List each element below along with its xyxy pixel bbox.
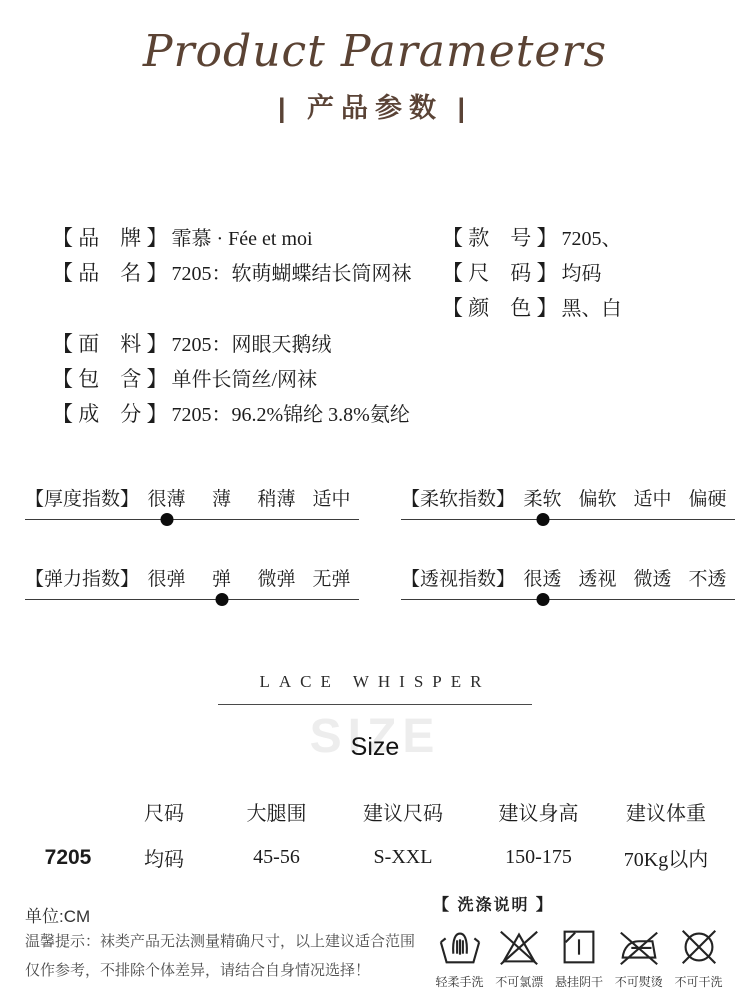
drip-dry-icon (556, 925, 602, 969)
washing-item: 轻柔手洗 (433, 925, 486, 990)
unit-note: 单位:CM (25, 902, 433, 927)
index-option: 不透 (680, 564, 735, 591)
washing-item: 不可氯漂 (493, 925, 546, 990)
lace-whisper-heading: LACE WHISPER (218, 672, 533, 705)
lace-whisper-heading-wrap: LACE WHISPER (0, 672, 750, 705)
page-title: Product Parameters (0, 26, 750, 78)
index-selected-dot (536, 513, 549, 526)
index-option: 稍薄 (249, 484, 304, 511)
index-elasticity: 【弹力指数】 很弹 弹 微弹 无弹 (25, 564, 359, 600)
index-option: 微弹 (249, 564, 304, 591)
page-subtitle: | 产品参数 | (0, 86, 750, 125)
washing-title: 【 洗涤说明 】 (433, 892, 725, 915)
table-header-cell: 尺码 (111, 797, 217, 826)
size-heading-wrap: SIZE Size (0, 709, 750, 781)
bottom-section: 单位:CM 温馨提示：袜类产品无法测量精确尺寸，以上建议适合范围 仅作参考，不排… (25, 892, 725, 990)
no-bleach-icon (496, 925, 542, 969)
info-row-composition: 【 成 分 】 7205：96.2%锦纶 3.8%氨纶 (52, 395, 442, 430)
index-transparency: 【透视指数】 很透 透视 微透 不透 (401, 564, 735, 600)
table-cell: 45-56 (217, 846, 336, 869)
composition-label: 【 成 分 】 (52, 398, 168, 428)
index-thickness: 【厚度指数】 很薄 薄 稍薄 适中 (25, 484, 359, 520)
washing-item-label: 悬挂阴干 (553, 973, 606, 990)
style-number-label: 【 款 号 】 (442, 222, 558, 252)
size-heading: Size (0, 733, 750, 762)
product-name-value: 7205：软萌蝴蝶结长筒网袜 (172, 257, 412, 286)
brand-value: 霏慕 · Fée et moi (172, 222, 313, 251)
no-dry-clean-icon (676, 925, 722, 969)
color-value: 黑、白 (562, 292, 622, 321)
table-cell: S-XXL (336, 846, 470, 869)
product-info: 【 品 牌 】 霏慕 · Fée et moi 【 品 名 】 7205：软萌蝴… (0, 219, 750, 430)
washing-item-label: 轻柔手洗 (433, 973, 486, 990)
table-header-cell: 建议体重 (607, 797, 725, 826)
hand-wash-icon (437, 925, 483, 969)
washing-item: 不可干洗 (672, 925, 725, 990)
softness-index-label: 【柔软指数】 (401, 484, 515, 511)
index-option: 弹 (194, 564, 249, 591)
table-header-cell: 建议身高 (470, 797, 607, 826)
notes-block: 单位:CM 温馨提示：袜类产品无法测量精确尺寸，以上建议适合范围 仅作参考，不排… (25, 892, 433, 985)
thickness-options: 很薄 薄 稍薄 适中 (139, 484, 359, 511)
index-selected-dot (215, 593, 228, 606)
elasticity-index-label: 【弹力指数】 (25, 564, 139, 591)
index-scale-line (25, 599, 359, 600)
table-cell-style-number: 7205 (25, 846, 111, 870)
info-row-size: 【 尺 码 】 均码 (442, 254, 740, 289)
table-header-cell: 大腿围 (217, 797, 336, 826)
fabric-label: 【 面 料 】 (52, 328, 168, 358)
index-softness: 【柔软指数】 柔软 偏软 适中 偏硬 (401, 484, 735, 520)
contents-value: 单件长筒丝/网袜 (172, 363, 318, 392)
fabric-value: 7205：网眼天鹅绒 (172, 328, 332, 357)
index-option: 偏软 (570, 484, 625, 511)
index-scale-line (401, 519, 735, 520)
index-option: 适中 (304, 484, 359, 511)
info-row-product-name: 【 品 名 】 7205：软萌蝴蝶结长筒网袜 (52, 254, 442, 289)
product-info-left-column: 【 品 牌 】 霏慕 · Fée et moi 【 品 名 】 7205：软萌蝴… (52, 219, 442, 430)
index-option: 无弹 (304, 564, 359, 591)
index-option: 柔软 (515, 484, 570, 511)
table-header-cell: 建议尺码 (336, 797, 470, 826)
index-option: 很透 (515, 564, 570, 591)
index-scales: 【厚度指数】 很薄 薄 稍薄 适中 【柔软指数】 柔软 偏软 适中 偏硬 (0, 484, 750, 644)
washing-item-label: 不可熨烫 (612, 973, 665, 990)
washing-instructions: 【 洗涤说明 】 轻柔手洗 (433, 892, 725, 990)
table-cell: 70Kg以内 (607, 843, 725, 872)
index-scale-line (25, 519, 359, 520)
color-label: 【 颜 色 】 (442, 292, 558, 322)
index-selected-dot (160, 513, 173, 526)
product-info-right-column: 【 款 号 】 7205、 【 尺 码 】 均码 【 颜 色 】 黑、白 (442, 219, 740, 430)
tip-line-2: 仅作参考，不排除个体差异，请结合自身情况选择！ (25, 956, 433, 985)
index-option: 很薄 (139, 484, 194, 511)
washing-items: 轻柔手洗 不可氯漂 悬挂阴干 (433, 925, 725, 990)
elasticity-options: 很弹 弹 微弹 无弹 (139, 564, 359, 591)
transparency-options: 很透 透视 微透 不透 (515, 564, 735, 591)
index-option: 透视 (570, 564, 625, 591)
composition-value: 7205：96.2%锦纶 3.8%氨纶 (172, 398, 410, 427)
index-option: 微透 (625, 564, 680, 591)
size-table: 尺码 大腿围 建议尺码 建议身高 建议体重 7205 均码 45-56 S-XX… (25, 797, 725, 872)
tip-line-1: 温馨提示：袜类产品无法测量精确尺寸，以上建议适合范围 (25, 927, 433, 956)
thickness-index-label: 【厚度指数】 (25, 484, 139, 511)
index-option: 适中 (625, 484, 680, 511)
index-option: 很弹 (139, 564, 194, 591)
washing-item: 悬挂阴干 (553, 925, 606, 990)
product-name-label: 【 品 名 】 (52, 257, 168, 287)
softness-options: 柔软 偏软 适中 偏硬 (515, 484, 735, 511)
info-row-style-number: 【 款 号 】 7205、 (442, 219, 740, 254)
index-option: 薄 (194, 484, 249, 511)
contents-label: 【 包 含 】 (52, 363, 168, 393)
size-label: 【 尺 码 】 (442, 257, 558, 287)
index-scale-line (401, 599, 735, 600)
info-row-contents: 【 包 含 】 单件长筒丝/网袜 (52, 360, 442, 395)
index-option: 偏硬 (680, 484, 735, 511)
info-row-fabric: 【 面 料 】 7205：网眼天鹅绒 (52, 325, 442, 360)
no-iron-icon (616, 925, 662, 969)
info-row-brand: 【 品 牌 】 霏慕 · Fée et moi (52, 219, 442, 254)
style-number-value: 7205、 (562, 222, 622, 251)
size-value: 均码 (562, 257, 602, 286)
table-cell: 150-175 (470, 846, 607, 869)
transparency-index-label: 【透视指数】 (401, 564, 515, 591)
info-row-color: 【 颜 色 】 黑、白 (442, 289, 740, 324)
page-header: Product Parameters | 产品参数 | (0, 0, 750, 125)
washing-item-label: 不可干洗 (672, 973, 725, 990)
washing-item-label: 不可氯漂 (493, 973, 546, 990)
index-selected-dot (536, 593, 549, 606)
brand-label: 【 品 牌 】 (52, 222, 168, 252)
washing-item: 不可熨烫 (612, 925, 665, 990)
table-cell: 均码 (111, 843, 217, 872)
